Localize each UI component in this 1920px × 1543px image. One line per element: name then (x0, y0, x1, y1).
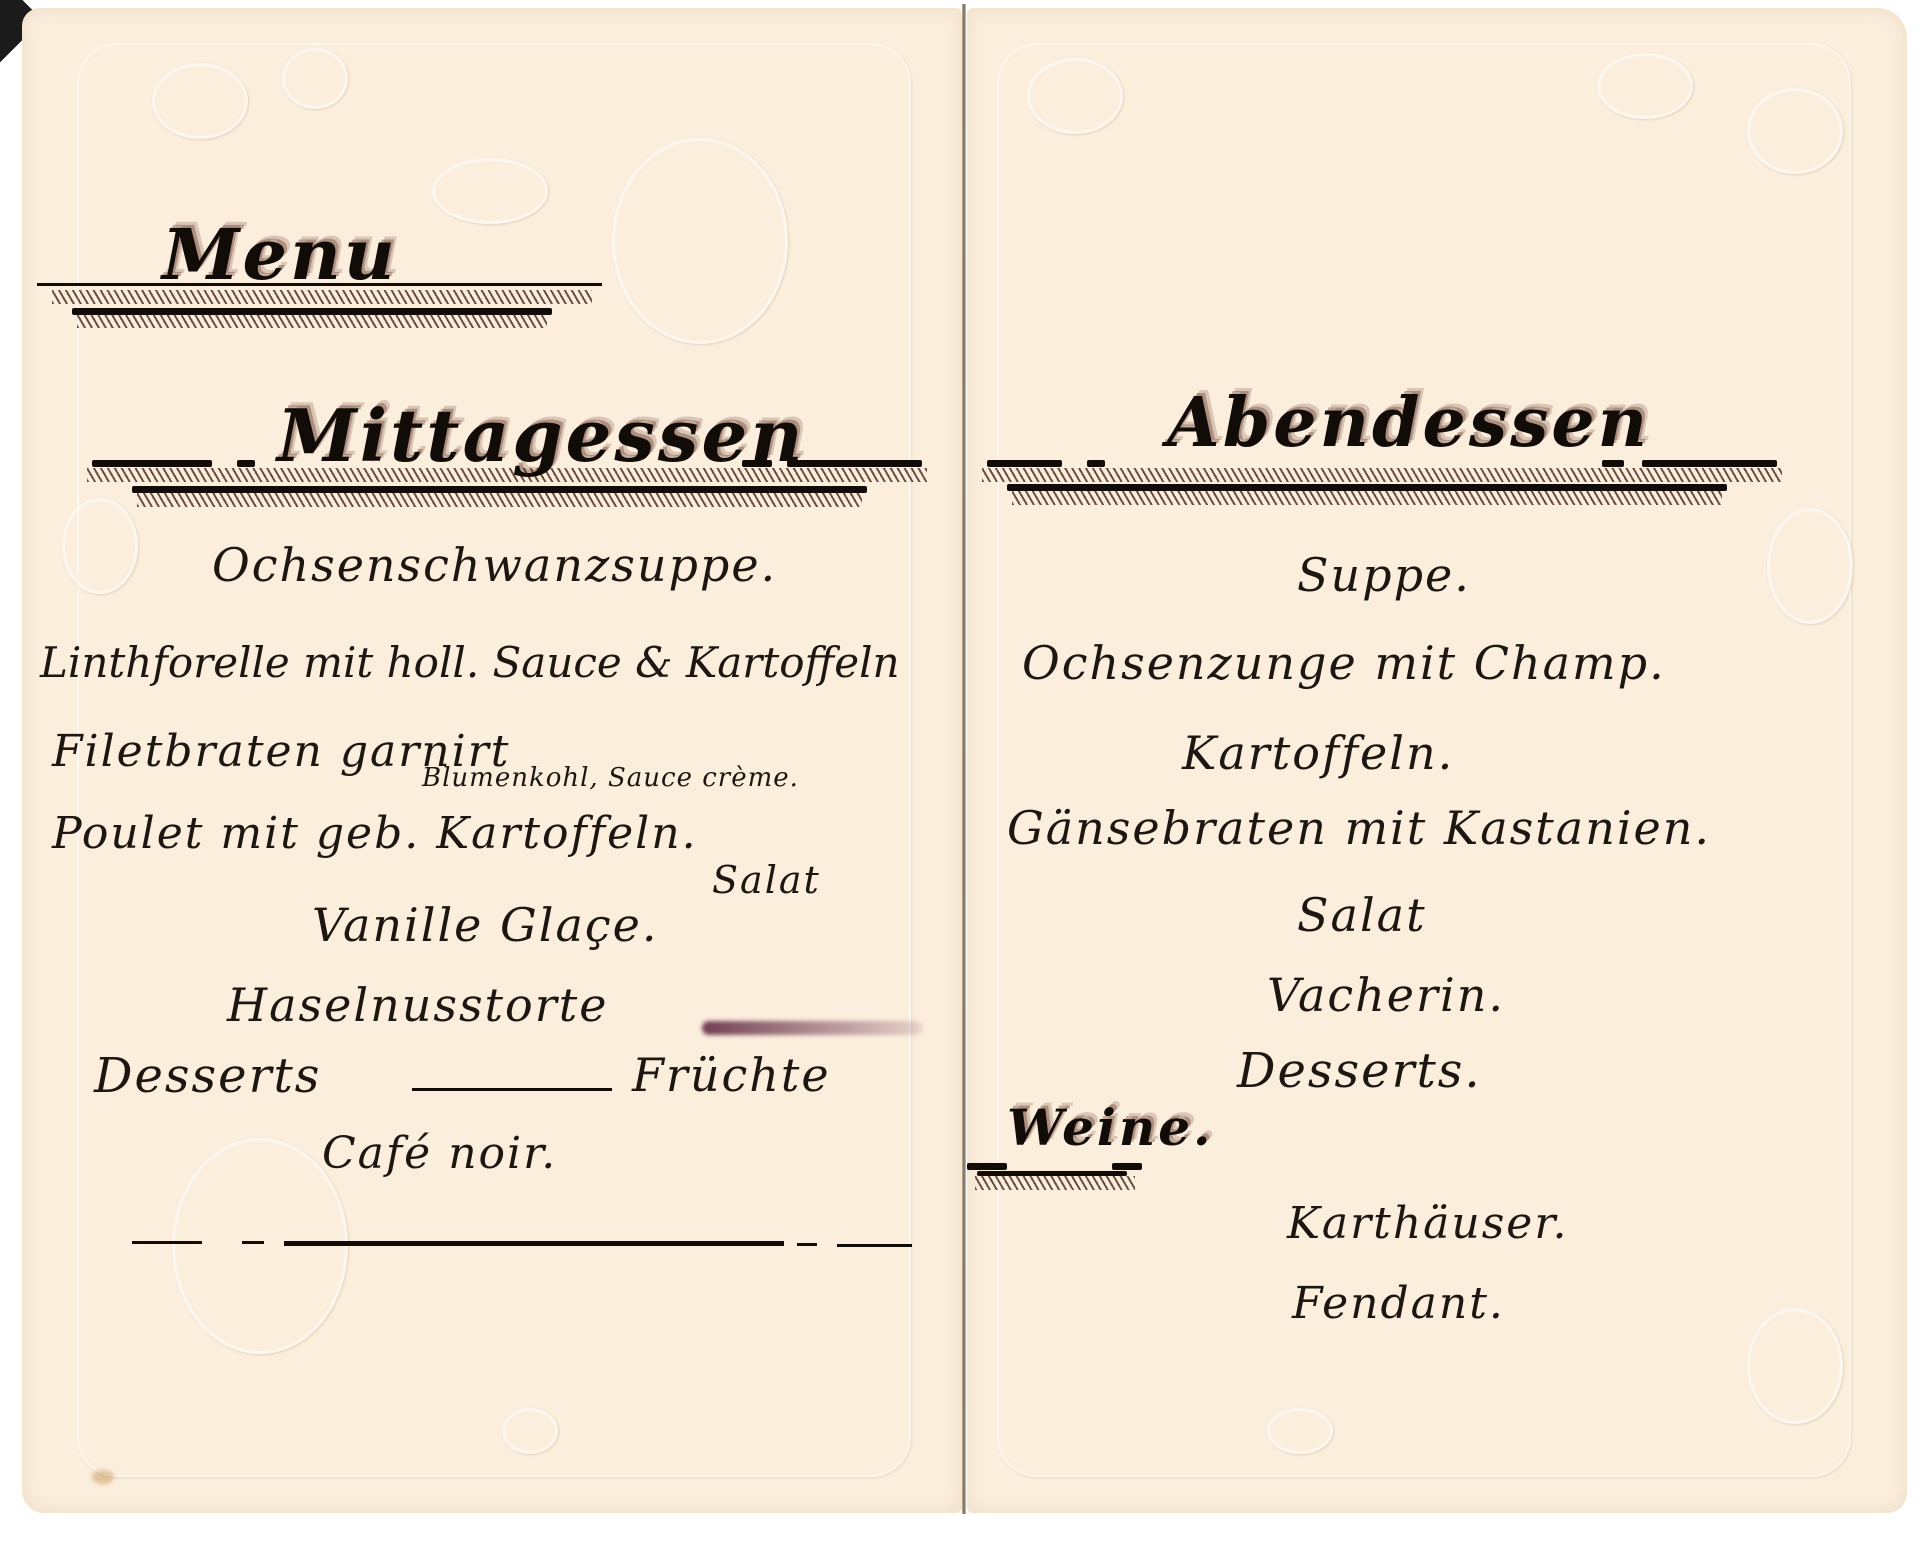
heading-dash (1112, 1163, 1142, 1170)
embossed-flower-icon (1597, 53, 1693, 119)
heading-dash (92, 460, 212, 467)
heading-dash (1642, 460, 1777, 467)
heading-underline (132, 486, 867, 493)
ink-smudge (702, 1021, 922, 1035)
closing-rule (797, 1243, 817, 1246)
embossed-leaf-icon (432, 158, 548, 224)
menu-item: Vanille Glaçe. (312, 898, 659, 952)
hatching (975, 1176, 1135, 1190)
menu-item: Café noir. (322, 1128, 557, 1179)
menu-item: Vacherin. (1267, 968, 1505, 1022)
embossed-flower-icon (152, 63, 248, 139)
heading-dash (237, 460, 255, 467)
embossed-scroll-icon (1747, 1308, 1843, 1424)
menu-item: Gänsebraten mit Kastanien. (1007, 801, 1711, 855)
paper-stain (92, 1470, 114, 1484)
embossed-flower-icon (1267, 1408, 1333, 1454)
section-heading-dinner: Abendessen (1167, 383, 1650, 463)
embossed-bow-icon (62, 498, 138, 594)
menu-item: Desserts (94, 1048, 321, 1104)
closing-rule (242, 1241, 264, 1244)
menu-item: Salat (1297, 888, 1427, 942)
heading-dash (967, 1163, 1007, 1170)
dash-line (412, 1088, 612, 1091)
menu-item: Haselnusstorte (227, 978, 608, 1032)
hatching (137, 493, 862, 507)
menu-item: Ochsenschwanzsuppe. (212, 538, 777, 592)
card-fold (962, 4, 966, 1514)
menu-title: Menu (162, 213, 398, 296)
wine-item: Fendant. (1292, 1278, 1505, 1329)
menu-item: Früchte (632, 1048, 831, 1102)
menu-card-right-page: Abendessen Suppe. Ochsenzunge mit Champ.… (967, 8, 1907, 1513)
section-heading-wines: Weine. (1007, 1098, 1213, 1157)
heading-dash (1087, 460, 1105, 467)
menu-item: Poulet mit geb. Kartoffeln. (52, 808, 698, 859)
embossed-flower-icon (1747, 88, 1843, 174)
menu-item: Linthforelle mit holl. Sauce & Kartoffel… (40, 638, 900, 687)
hatching (1012, 491, 1722, 505)
closing-rule (132, 1241, 202, 1244)
section-heading-lunch: Mittagessen (277, 393, 806, 478)
embossed-flower-icon (502, 1408, 558, 1454)
menu-item-note: Salat (712, 858, 821, 902)
hatching (982, 468, 1782, 482)
closing-rule (284, 1241, 784, 1246)
wine-item: Karthäuser. (1287, 1198, 1569, 1249)
embossed-flower-icon (1027, 58, 1123, 134)
menu-card-left-page: Menu Mittagessen Ochsenschwanzsuppe. Lin… (22, 8, 962, 1513)
menu-item: Kartoffeln. (1182, 726, 1454, 780)
embossed-bow-icon (1767, 508, 1853, 624)
menu-item-note: Blumenkohl, Sauce crème. (422, 763, 799, 793)
menu-item: Suppe. (1297, 548, 1471, 602)
heading-dash (787, 460, 922, 467)
embossed-rose-icon (612, 138, 788, 344)
menu-item: Desserts. (1237, 1043, 1482, 1099)
heading-dash (987, 460, 1062, 467)
menu-item: Ochsenzunge mit Champ. (1022, 636, 1666, 690)
heading-underline (1007, 484, 1727, 491)
closing-rule (837, 1244, 912, 1247)
embossed-flower-icon (282, 48, 348, 109)
hatching (77, 314, 547, 328)
